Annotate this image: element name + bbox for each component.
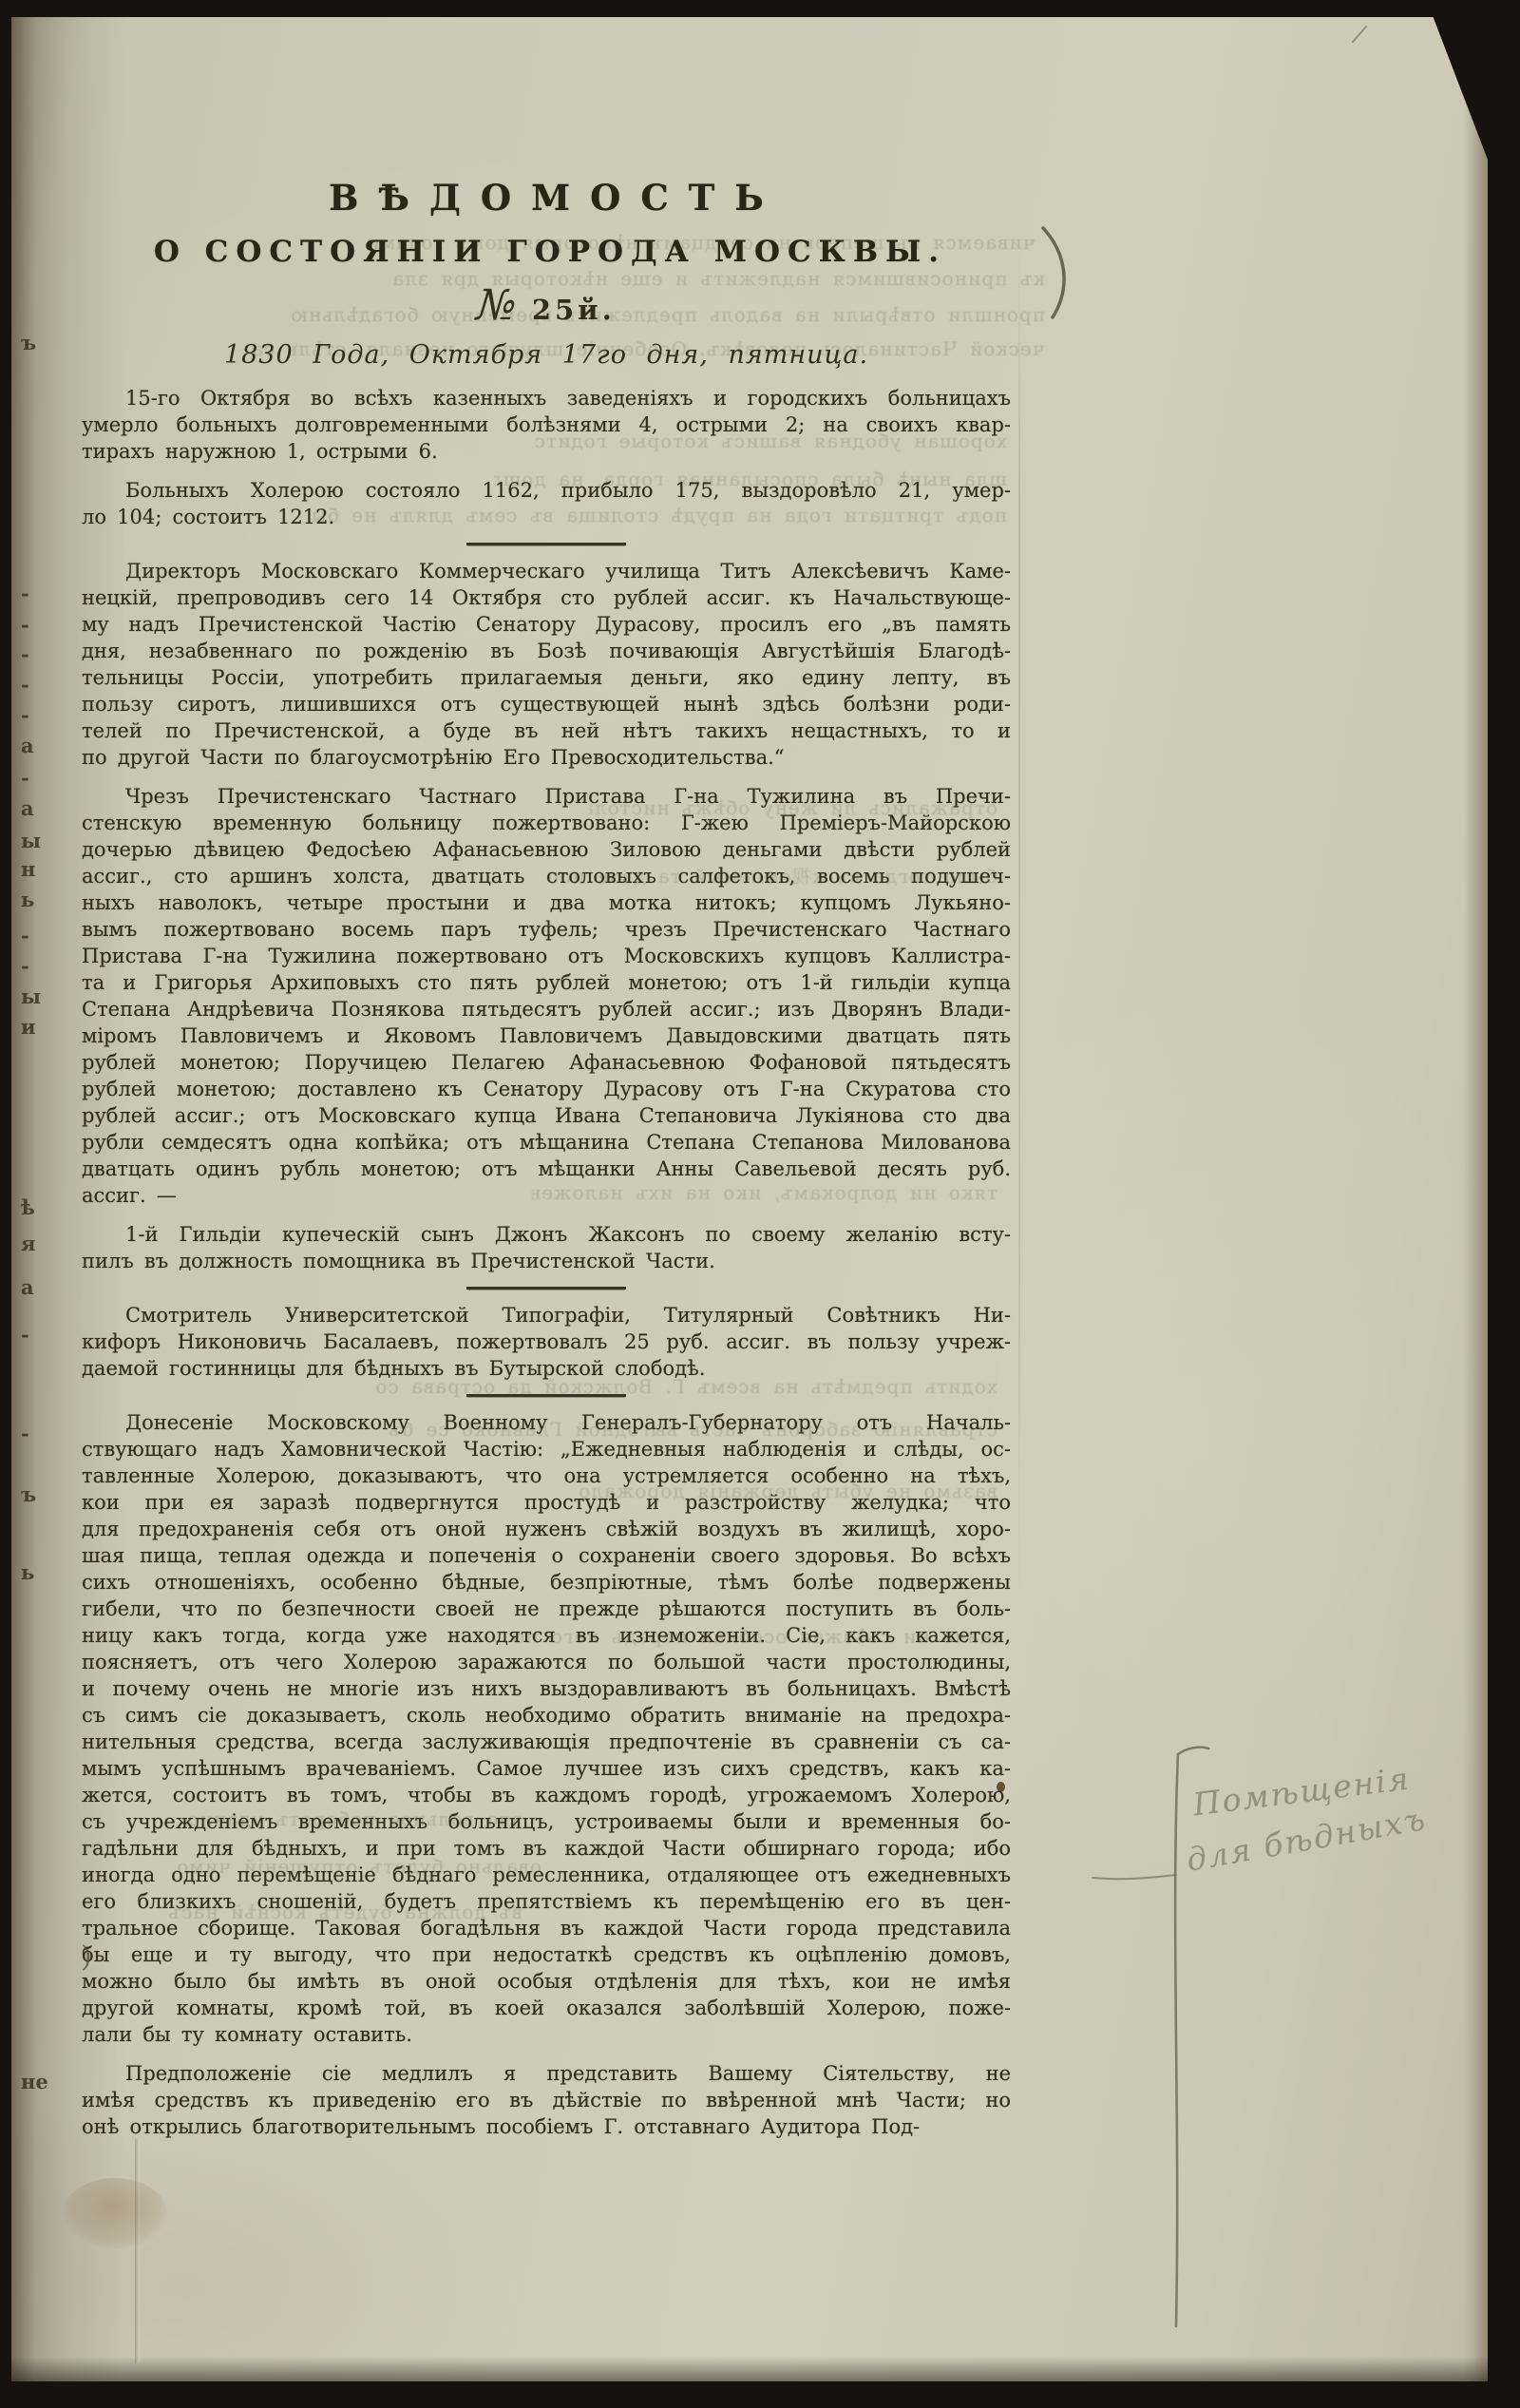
text-line: ницу какъ тогда, когда уже находятся въ … [82,1622,1011,1649]
text-line: жется, состоитъ въ томъ, чтобы въ каждом… [82,1782,1011,1808]
text-line: тральное сборище. Таковая богадѣльня въ … [82,1915,1011,1941]
text-line: ассиг. — [82,1182,1011,1209]
text-line: умерло больныхъ долговременными болѣзням… [82,411,1011,438]
text-line: тирахъ наружною 1, острыми 6. [82,438,1011,465]
text-line: гадѣльни для бѣдныхъ, и при томъ въ кажд… [82,1835,1011,1862]
text-line: Предположеніе сіе медлилъ я представить … [82,2060,1011,2087]
paper-fold [135,2138,140,2364]
paragraph: Директоръ Московскаго Коммерческаго учил… [82,558,1011,771]
issue-number: 25й. [532,294,616,326]
text-line: тельницы Россіи, употребить прилагаемыя … [82,664,1011,691]
edge-fragment: ы [21,984,41,1008]
edge-fragment: - [21,1323,29,1347]
stain [63,2178,167,2248]
text-line: рублей монетою; Поручицею Пелагею Афанас… [82,1049,1011,1076]
edge-fragment: - [21,642,29,666]
text-line: ныхъ наволокъ, четыре простыни и два мот… [82,889,1011,916]
divider-rule [466,543,626,545]
text-line: съ симъ сіе доказываетъ, сколь необходим… [82,1702,1011,1729]
text-line: рублей монетою; доставлено къ Сенатору Д… [82,1076,1011,1102]
edge-fragment: ѣ [21,1195,35,1219]
edge-fragment: н [21,857,35,881]
edge-fragment: - [21,1422,29,1445]
text-line: пользу сиротъ, лишившихся отъ существующ… [82,691,1011,717]
text-line: Директоръ Московскаго Коммерческаго учил… [82,558,1011,584]
page-title: ВѢДОМОСТЬ [82,177,1011,219]
text-line: съ учрежденіемъ временныхъ больницъ, уст… [82,1808,1011,1835]
text-line: ствующаго надъ Хамовнической Частію: „Еж… [82,1436,1011,1462]
edge-fragment: а [21,734,34,757]
text-line: лали бы ту комнату оставить. [82,2021,1011,2048]
text-line: нецкій, препроводивъ сего 14 Октября сто… [82,584,1011,611]
text-line: му надъ Пречистенской Частію Сенатору Ду… [82,611,1011,638]
text-line: вымъ пожертвовано восемь паръ туфель; чр… [82,916,1011,943]
text-line: сихъ отношеніяхъ, особенно бѣдные, безпр… [82,1569,1011,1596]
text-line: Степана Андрѣевича Познякова пятьдесятъ … [82,996,1011,1022]
divider-rule [466,1287,626,1290]
text-line: Чрезъ Пречистенскаго Частнаго Пристава Г… [82,783,1011,810]
edge-fragment: ъ [21,331,36,354]
pen-mark-paren: ) [81,1940,92,1974]
edge-fragment: а [21,1275,34,1299]
divider-rule [466,1394,626,1397]
text-line: шая пища, теплая одежда и попеченія о со… [82,1542,1011,1569]
paragraph: Чрезъ Пречистенскаго Частнаго Пристава Г… [82,783,1011,1209]
text-line: бы еще и ту выгоду, что при недостаткѣ с… [82,1941,1011,1968]
text-line: имѣя средствъ къ приведенію его въ дѣйст… [82,2087,1011,2113]
paragraph: 15-го Октября во всѣхъ казенныхъ заведен… [82,385,1011,465]
edge-fragment: не [21,2070,48,2093]
text-line: пилъ въ должность помощника въ Пречистен… [82,1248,1011,1274]
edge-fragment: - [21,703,29,727]
text-line: та и Григорья Архиповыхъ сто пять рублей… [82,969,1011,996]
text-line: другой комнаты, кромѣ той, въ коей оказа… [82,1995,1011,2021]
paragraph: Донесеніе Московскому Военному Генералъ-… [82,1409,1011,2048]
edge-fragment: - [21,766,29,790]
text-line: Пристава Г-на Тужилина пожертвовано отъ … [82,943,1011,969]
text-line: 15-го Октября во всѣхъ казенныхъ заведен… [82,385,1011,411]
text-line: по другой Части по благоусмотрѣнію Его П… [82,744,1011,771]
numero-sign: № [475,281,520,330]
text-line: телей по Пречистенской, а буде въ ней нѣ… [82,717,1011,744]
edge-fragment: - [21,582,29,605]
text-line: мымъ успѣшнымъ врачеваніемъ. Самое лучше… [82,1755,1011,1782]
text-line: тавленные Холерою, доказываютъ, что она … [82,1462,1011,1489]
body-column: 15-го Октября во всѣхъ казенныхъ заведен… [82,385,1011,2140]
text-line: міромъ Павловичемъ и Яковомъ Павловичемъ… [82,1022,1011,1049]
edge-fragment: - [21,673,29,697]
edge-fragment: - [21,613,29,637]
text-line: гибели, что по безпечности своей не преж… [82,1596,1011,1622]
text-line: можно было бы имѣть въ оной особыя отдѣл… [82,1968,1011,1995]
edge-fragment: ь [21,888,34,911]
paragraph: Больныхъ Холерою состояло 1162, прибыло … [82,477,1011,530]
text-line: 1-й Гильдіи купеческій сынъ Джонъ Жаксон… [82,1221,1011,1248]
text-line: стенскую временную больницу пожертвовано… [82,810,1011,836]
paragraph: Смотритель Университетской Типографіи, Т… [82,1302,1011,1382]
text-line: рубли семдесятъ одна копѣйка; отъ мѣщани… [82,1129,1011,1156]
page-edge [1463,17,1488,2381]
text-line: ло 104; состоитъ 1212. [82,504,1011,530]
edge-fragment: ы [21,829,41,852]
text-line: рублей ассиг.; отъ Московскаго купца Ива… [82,1102,1011,1129]
bottom-edge-shadow [11,2357,1488,2381]
edge-fragment: - [21,954,29,978]
text-line: онѣ открылись благотворительнымъ пособіе… [82,2113,1011,2140]
text-line: дня, незабвеннаго по рожденію въ Бозѣ по… [82,638,1011,664]
paragraph: 1-й Гильдіи купеческій сынъ Джонъ Жаксон… [82,1221,1011,1274]
text-line: для предохраненія себя отъ оной нуженъ с… [82,1516,1011,1542]
text-line: ассиг., сто аршинъ холста, дватцать стол… [82,863,1011,889]
text-line: его близкихъ сношеній, будетъ препятстві… [82,1888,1011,1915]
dateline: 1830 Года, Октября 17го дня, пятница. [82,340,1011,370]
text-line: нительныя средства, всегда заслуживающія… [82,1729,1011,1755]
printed-page: ВѢДОМОСТЬ О СОСТОЯНІИ ГОРОДА МОСКВЫ. № 2… [82,177,1011,2140]
edge-fragment: а [21,796,34,820]
edge-fragment: ь [21,1560,34,1584]
text-line: Больныхъ Холерою состояло 1162, прибыло … [82,477,1011,504]
text-line: Смотритель Университетской Типографіи, Т… [82,1302,1011,1328]
text-line: Донесеніе Московскому Военному Генералъ-… [82,1409,1011,1436]
text-line: кифоръ Никоновичь Басалаевъ, пожертвовал… [82,1328,1011,1355]
edge-fragment: - [21,924,29,947]
text-line: кои при ея заразѣ подвергнутся простудѣ … [82,1489,1011,1516]
edge-fragment: ъ [21,1482,36,1506]
paper-crease [1018,247,1020,1596]
text-line: поясняетъ, отъ чего Холерою заражаются п… [82,1649,1011,1675]
text-line: иногда одно перемѣщеніе бѣднаго ремеслен… [82,1862,1011,1888]
paragraph: Предположеніе сіе медлилъ я представить … [82,2060,1011,2140]
edge-fragment: я [21,1232,36,1255]
text-line: дватцать одинъ рубль монетою; отъ мѣщанк… [82,1156,1011,1182]
issue-line: № 25й. [82,281,1011,330]
text-line: дочерью дѣвицею Федосѣею Афанасьевною Зи… [82,836,1011,863]
edge-fragment: и [21,1015,36,1039]
text-line: и почему очень не многіе изъ нихъ выздор… [82,1675,1011,1702]
scan-background: { "masthead": { "title": "ВѢДОМОСТЬ", "s… [0,0,1520,2408]
page-subtitle: О СОСТОЯНІИ ГОРОДА МОСКВЫ. [82,235,1011,269]
text-line: даемой гостинницы для бѣдныхъ въ Бутырск… [82,1355,1011,1382]
